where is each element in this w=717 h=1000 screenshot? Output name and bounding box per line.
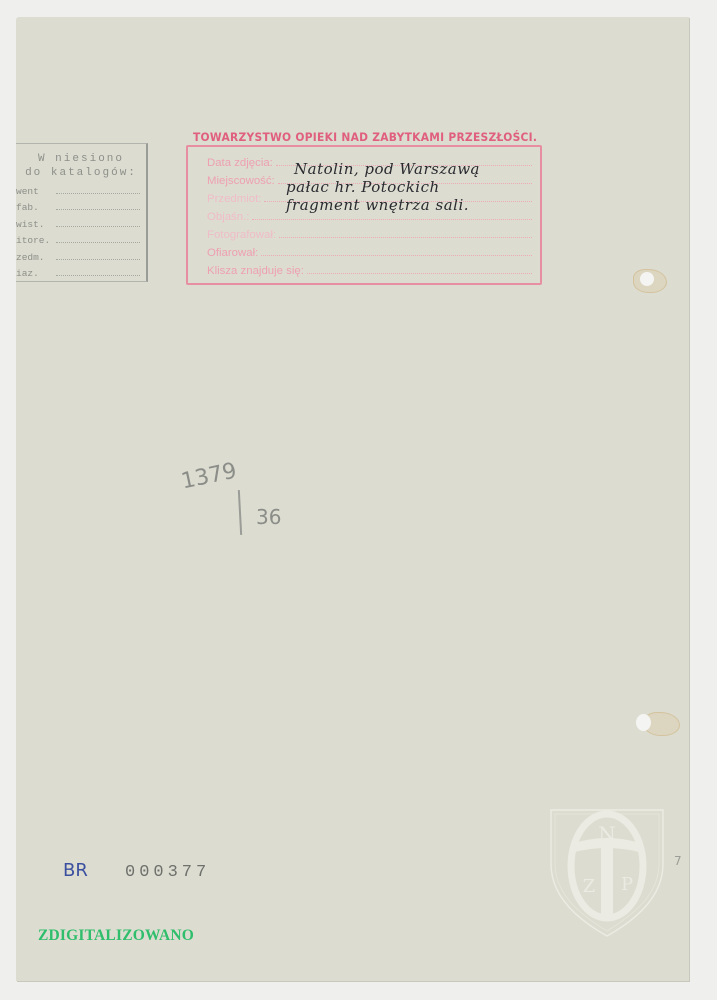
catalog-row-label: itore. [16, 235, 52, 246]
catalog-row-label: zedm. [16, 252, 52, 263]
field-label: Klisza znajduje się: [207, 265, 304, 277]
inventory-prefix: BR [63, 860, 88, 881]
dotted-line [279, 237, 532, 238]
field-label: Fotografował: [207, 229, 276, 241]
dotted-line [261, 255, 532, 256]
catalog-row: itore. [16, 230, 146, 247]
margin-mark: 7 [674, 854, 682, 868]
catalog-row-label: went [16, 186, 52, 197]
handwritten-location: Natolin, pod Warszawą [294, 160, 480, 178]
catalog-row: iaz. [16, 263, 146, 280]
catalog-row-label: wist. [16, 219, 52, 230]
svg-text:Z: Z [583, 876, 596, 897]
svg-text:N: N [598, 822, 616, 846]
svg-text:P: P [621, 874, 633, 895]
handwritten-subject: pałac hr. Potockich [286, 178, 440, 196]
catalog-stamp: W niesiono do katalogów: went fab. wist.… [16, 143, 148, 282]
society-watermark-icon: N Z P [547, 804, 667, 939]
field-donor: Ofiarował: [207, 241, 532, 259]
catalog-row: went [16, 180, 146, 197]
field-label: Objaśn.: [207, 211, 249, 223]
dotted-line [307, 273, 532, 274]
catalog-row: zedm. [16, 246, 146, 263]
archival-card: W niesiono do katalogów: went fab. wist.… [16, 17, 689, 981]
field-label: Ofiarował: [207, 247, 258, 259]
dotted-line [56, 259, 140, 260]
inventory-serial: 000377 [125, 863, 210, 882]
field-negative-location: Klisza znajduje się: [207, 259, 532, 277]
dotted-line [56, 193, 140, 194]
catalog-row-label: fab. [16, 202, 52, 213]
dotted-line [56, 226, 140, 227]
handwritten-description: fragment wnętrza sali. [286, 196, 469, 214]
punch-hole [636, 714, 651, 731]
pencil-sub-number: 36 [256, 505, 281, 529]
pencil-number: 1379 [179, 458, 239, 494]
catalog-row: fab. [16, 197, 146, 214]
pencil-vertical-stroke [238, 490, 242, 535]
catalog-row-label: iaz. [16, 268, 52, 279]
field-photographer: Fotografował: [207, 223, 532, 241]
punch-hole [640, 272, 654, 286]
catalog-title-line1: W niesiono [16, 152, 146, 166]
society-stamp-header: TOWARZYSTWO OPIEKI NAD ZABYTKAMI PRZESZŁ… [193, 130, 515, 144]
field-label: Przedmiot: [207, 193, 261, 205]
field-label: Data zdjęcia: [207, 157, 273, 169]
dotted-line [56, 275, 140, 276]
dotted-line [252, 219, 532, 220]
catalog-title-line2: do katalogów: [16, 166, 146, 180]
catalog-stamp-title: W niesiono do katalogów: [16, 152, 146, 180]
dotted-line [56, 209, 140, 210]
dotted-line [56, 242, 140, 243]
field-label: Miejscowość: [207, 175, 275, 187]
digitized-stamp: ZDIGITALIZOWANO [38, 927, 194, 945]
catalog-row: wist. [16, 213, 146, 230]
